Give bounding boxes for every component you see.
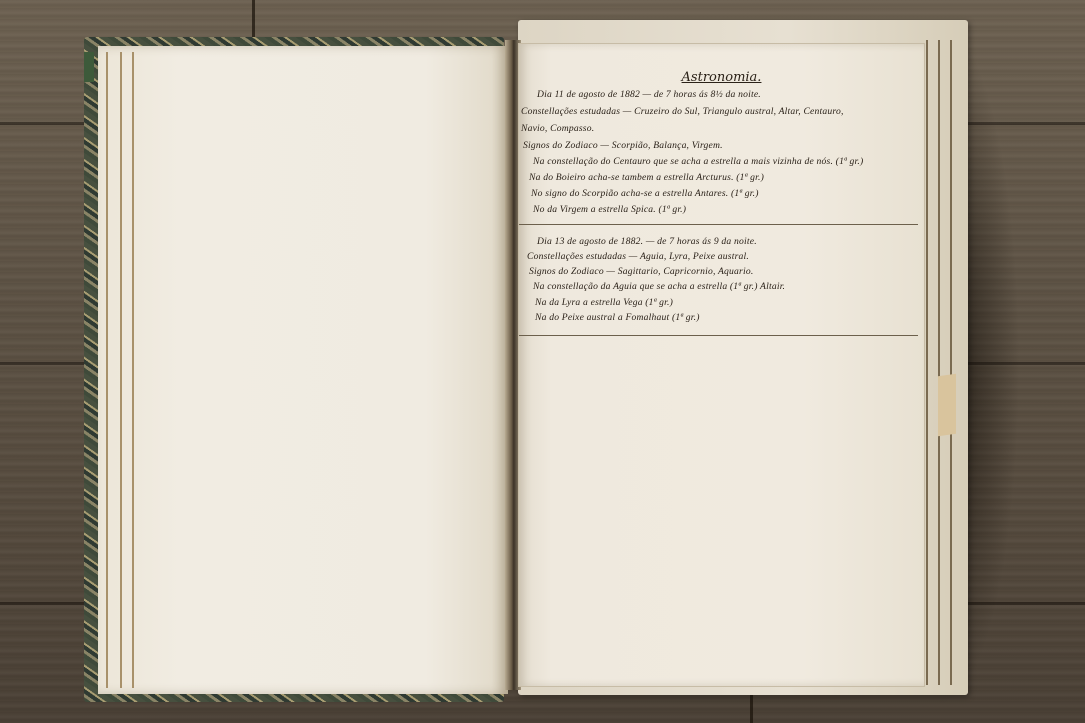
entry-line: Na do Boieiro acha-se tambem a estrella …: [529, 172, 764, 183]
entry-line: Na da Lyra a estrella Vega (1ª gr.): [535, 297, 673, 308]
page-layer-edge: [938, 40, 940, 685]
section-divider: [519, 224, 918, 225]
entry-line: Navio, Compasso.: [521, 123, 594, 134]
entry-date-line: Dia 11 de agosto de 1882 — de 7 horas ás…: [537, 89, 761, 100]
page-edge-line: [106, 52, 108, 688]
entry-line: No signo do Scorpião acha-se a estrella …: [531, 188, 759, 199]
page-edge-line: [120, 52, 122, 688]
wood-plank-seam: [252, 0, 255, 40]
entry-line: Na constellação do Centauro que se acha …: [533, 156, 863, 167]
cover-corner-band: [84, 52, 94, 82]
entry-line: Signos do Zodiaco — Scorpião, Balança, V…: [523, 140, 723, 151]
page-title: Astronomia.: [519, 70, 924, 85]
left-page-blank: [98, 46, 508, 694]
entry-line: Constellações estudadas — Aguia, Lyra, P…: [527, 251, 749, 262]
entry-line: Signos do Zodiaco — Sagittario, Capricor…: [529, 266, 753, 277]
entry-line: Constellações estudadas — Cruzeiro do Su…: [521, 106, 844, 117]
entry-line: Na constellação da Aguia que se acha a e…: [533, 281, 785, 292]
page-layer-edge: [950, 40, 952, 685]
section-divider: [519, 335, 918, 336]
torn-paper-tab: [938, 374, 956, 437]
page-layer-edge: [926, 40, 928, 685]
page-edge-line: [132, 52, 134, 688]
entry-line: No da Virgem a estrella Spica. (1ª gr.): [533, 204, 686, 215]
entry-date-line: Dia 13 de agosto de 1882. — de 7 horas á…: [537, 236, 757, 247]
right-page-handwritten: Astronomia. Dia 11 de agosto de 1882 — d…: [518, 43, 925, 687]
entry-line: Na do Peixe austral a Fomalhaut (1ª gr.): [535, 312, 700, 323]
